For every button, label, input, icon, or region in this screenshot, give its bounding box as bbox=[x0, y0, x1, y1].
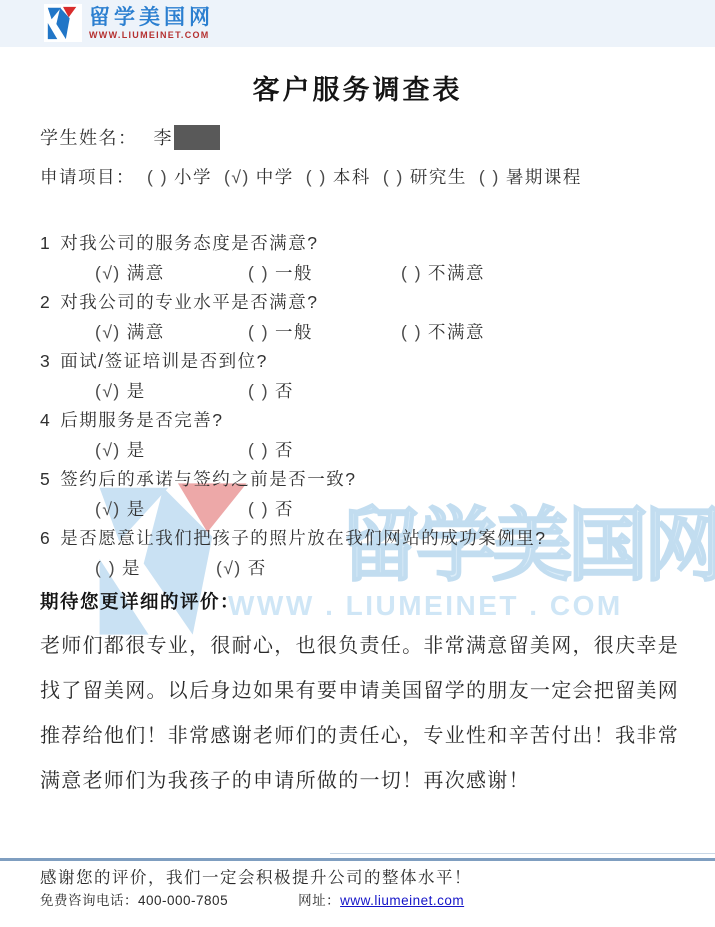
option-mark: ( ) bbox=[401, 263, 422, 283]
brand-text: 留学美国网 WWW.LIUMEINET.COM bbox=[89, 7, 214, 40]
option-mark: ( ) bbox=[248, 322, 269, 342]
survey-option: ( )一般 bbox=[248, 259, 401, 289]
option-label: 研究生 bbox=[410, 167, 467, 187]
option-mark: ( ) bbox=[479, 167, 500, 187]
survey-option: ( )不满意 bbox=[401, 263, 485, 283]
question-text: 6是否愿意让我们把孩子的照片放在我们网站的成功案例里? bbox=[40, 524, 546, 554]
option-mark: ( ) bbox=[248, 263, 269, 283]
survey-option: ( )不满意 bbox=[401, 322, 485, 342]
option-label: 中学 bbox=[256, 167, 294, 187]
question-options: (√)满意( )一般( )不满意 bbox=[40, 318, 546, 348]
feedback-line: 老师们都很专业，很耐心，也很负责任。非常满意留美网，很庆幸是 bbox=[40, 624, 688, 669]
program-option: (√)中学 bbox=[224, 167, 294, 187]
option-label: 小学 bbox=[174, 167, 212, 187]
footer-thanks-text: 感谢您的评价，我们一定会积极提升公司的整体水平！ bbox=[40, 864, 472, 888]
phone-number: 400-000-7805 bbox=[138, 893, 228, 908]
question-number: 3 bbox=[40, 351, 51, 371]
option-label: 是 bbox=[127, 381, 146, 401]
feedback-line: 推荐给他们！非常感谢老师们的责任心，专业性和辛苦付出！我非常 bbox=[40, 714, 688, 759]
brand-logo-icon bbox=[44, 4, 82, 42]
survey-option: (√)满意 bbox=[95, 259, 248, 289]
option-mark: (√) bbox=[95, 499, 121, 519]
option-label: 否 bbox=[248, 558, 267, 578]
survey-option: ( )否 bbox=[248, 381, 294, 401]
option-label: 满意 bbox=[127, 322, 165, 342]
site-link[interactable]: www.liumeinet.com bbox=[340, 893, 464, 908]
option-mark: ( ) bbox=[147, 167, 168, 187]
survey-option: (√)是 bbox=[95, 436, 248, 466]
question-text: 2对我公司的专业水平是否满意? bbox=[40, 288, 546, 318]
survey-option: (√)满意 bbox=[95, 318, 248, 348]
option-label: 满意 bbox=[127, 263, 165, 283]
footer-divider-light bbox=[330, 853, 715, 854]
program-label: 申请项目： bbox=[40, 167, 135, 187]
question-text: 4后期服务是否完善? bbox=[40, 406, 546, 436]
question-number: 4 bbox=[40, 410, 51, 430]
question-options: ( )是(√)否 bbox=[40, 554, 546, 584]
option-mark: (√) bbox=[224, 167, 250, 187]
option-label: 否 bbox=[275, 381, 294, 401]
option-mark: ( ) bbox=[248, 499, 269, 519]
survey-option: ( )是 bbox=[95, 554, 216, 584]
page-title: 客户服务调查表 bbox=[0, 68, 715, 107]
site-header: 留学美国网 WWW.LIUMEINET.COM bbox=[0, 0, 715, 47]
footer-divider bbox=[0, 858, 715, 861]
question-options: (√)是( )否 bbox=[40, 436, 546, 466]
option-mark: ( ) bbox=[248, 440, 269, 460]
brand-name: 留学美国网 bbox=[89, 7, 214, 28]
name-redaction-box bbox=[174, 125, 220, 150]
question-number: 2 bbox=[40, 292, 51, 312]
option-mark: (√) bbox=[95, 263, 121, 283]
brand-logo[interactable]: 留学美国网 WWW.LIUMEINET.COM bbox=[44, 4, 214, 42]
question-number: 5 bbox=[40, 469, 51, 489]
question-number: 6 bbox=[40, 528, 51, 548]
question-text: 5签约后的承诺与签约之前是否一致? bbox=[40, 465, 546, 495]
survey-option: (√)是 bbox=[95, 495, 248, 525]
site-label: 网址： bbox=[298, 893, 340, 908]
program-option: ( )暑期课程 bbox=[479, 167, 582, 187]
brand-url: WWW.LIUMEINET.COM bbox=[89, 31, 214, 40]
option-label: 是 bbox=[122, 558, 141, 578]
footer-contact-line: 免费咨询电话：400-000-7805网址：www.liumeinet.com bbox=[40, 889, 464, 909]
option-mark: ( ) bbox=[401, 322, 422, 342]
option-label: 不满意 bbox=[428, 322, 485, 342]
survey-option: ( )否 bbox=[248, 499, 294, 519]
option-mark: ( ) bbox=[248, 381, 269, 401]
feedback-line: 找了留美网。以后身边如果有要申请美国留学的朋友一定会把留美网 bbox=[40, 669, 688, 714]
option-label: 本科 bbox=[333, 167, 371, 187]
phone-label: 免费咨询电话： bbox=[40, 893, 138, 908]
option-label: 是 bbox=[127, 499, 146, 519]
survey-option: ( )否 bbox=[248, 440, 294, 460]
option-mark: ( ) bbox=[95, 558, 116, 578]
option-mark: (√) bbox=[216, 558, 242, 578]
question-text: 3面试/签证培训是否到位? bbox=[40, 347, 546, 377]
feedback-paragraph: 老师们都很专业，很耐心，也很负责任。非常满意留美网，很庆幸是 找了留美网。以后身… bbox=[40, 624, 688, 804]
option-label: 否 bbox=[275, 499, 294, 519]
option-label: 一般 bbox=[275, 263, 313, 283]
survey-option: (√)是 bbox=[95, 377, 248, 407]
student-name-line: 学生姓名：李 bbox=[40, 124, 220, 150]
feedback-heading: 期待您更详细的评价： bbox=[40, 588, 240, 614]
program-option: ( )研究生 bbox=[383, 167, 467, 187]
option-mark: ( ) bbox=[306, 167, 327, 187]
option-label: 否 bbox=[275, 440, 294, 460]
option-label: 是 bbox=[127, 440, 146, 460]
option-mark: (√) bbox=[95, 381, 121, 401]
survey-questions: 1对我公司的服务态度是否满意? (√)满意( )一般( )不满意 2对我公司的专… bbox=[40, 229, 546, 583]
student-name-value: 李 bbox=[154, 128, 174, 148]
question-options: (√)是( )否 bbox=[40, 495, 546, 525]
question-options: (√)满意( )一般( )不满意 bbox=[40, 259, 546, 289]
survey-option: ( )一般 bbox=[248, 318, 401, 348]
option-label: 暑期课程 bbox=[506, 167, 582, 187]
question-text: 1对我公司的服务态度是否满意? bbox=[40, 229, 546, 259]
survey-option: (√)否 bbox=[216, 558, 267, 578]
question-number: 1 bbox=[40, 233, 51, 253]
program-line: 申请项目：( )小学(√)中学( )本科( )研究生( )暑期课程 bbox=[40, 164, 582, 189]
feedback-line: 满意老师们为我孩子的申请所做的一切！再次感谢！ bbox=[40, 759, 688, 804]
option-mark: ( ) bbox=[383, 167, 404, 187]
program-option: ( )本科 bbox=[306, 167, 371, 187]
question-options: (√)是( )否 bbox=[40, 377, 546, 407]
option-label: 一般 bbox=[275, 322, 313, 342]
program-option: ( )小学 bbox=[147, 167, 212, 187]
option-mark: (√) bbox=[95, 440, 121, 460]
option-label: 不满意 bbox=[428, 263, 485, 283]
option-mark: (√) bbox=[95, 322, 121, 342]
survey-document: 留学美国网 WWW . LIUMEINET . COM 留学美国网 WWW.LI… bbox=[0, 0, 715, 927]
student-name-label: 学生姓名： bbox=[40, 128, 138, 148]
